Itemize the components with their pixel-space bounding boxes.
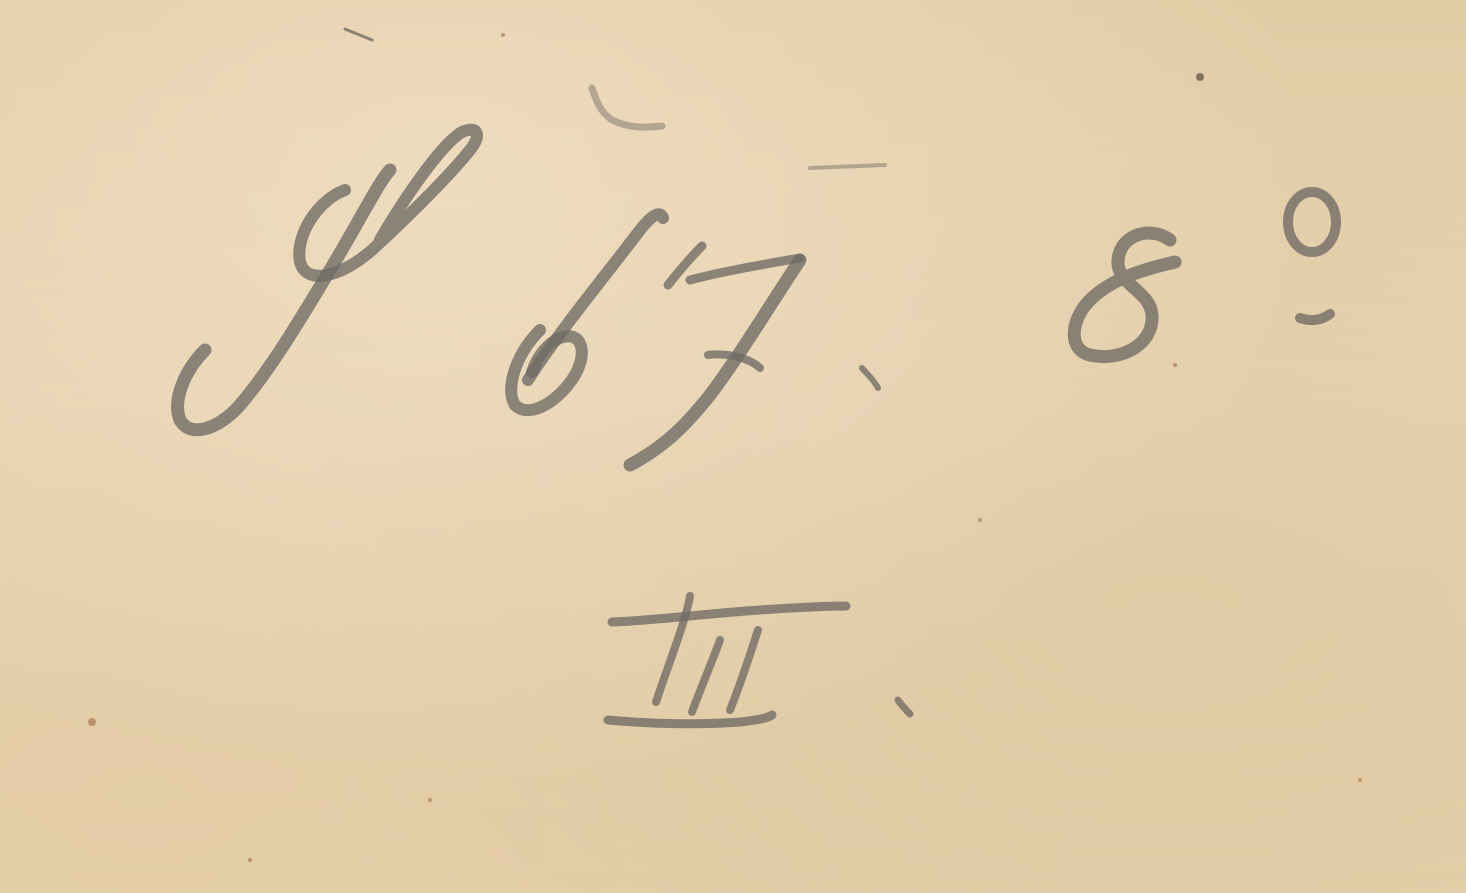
paper-speck	[1358, 778, 1362, 782]
stray-line	[810, 165, 885, 168]
degree-symbol	[1288, 192, 1336, 320]
paper-speck	[978, 518, 982, 522]
paper-speck	[428, 798, 432, 802]
pencil-handwriting	[0, 0, 1466, 893]
paper-speck	[248, 858, 252, 862]
accent-mark	[592, 88, 662, 127]
digit-8	[1074, 233, 1175, 357]
aged-paper-background: S 67 . 8° III .	[0, 0, 1466, 893]
paper-speck	[1196, 73, 1204, 81]
digit-7	[630, 246, 800, 465]
stray-mark-top-left	[345, 29, 372, 40]
period-mark	[862, 368, 878, 388]
period-mark-iii	[898, 700, 910, 714]
paper-speck	[1173, 363, 1177, 367]
paper-speck	[501, 33, 505, 37]
paper-speck	[88, 718, 96, 726]
letter-s	[178, 130, 477, 430]
roman-numeral-iii	[608, 596, 846, 724]
digit-6	[511, 214, 663, 410]
